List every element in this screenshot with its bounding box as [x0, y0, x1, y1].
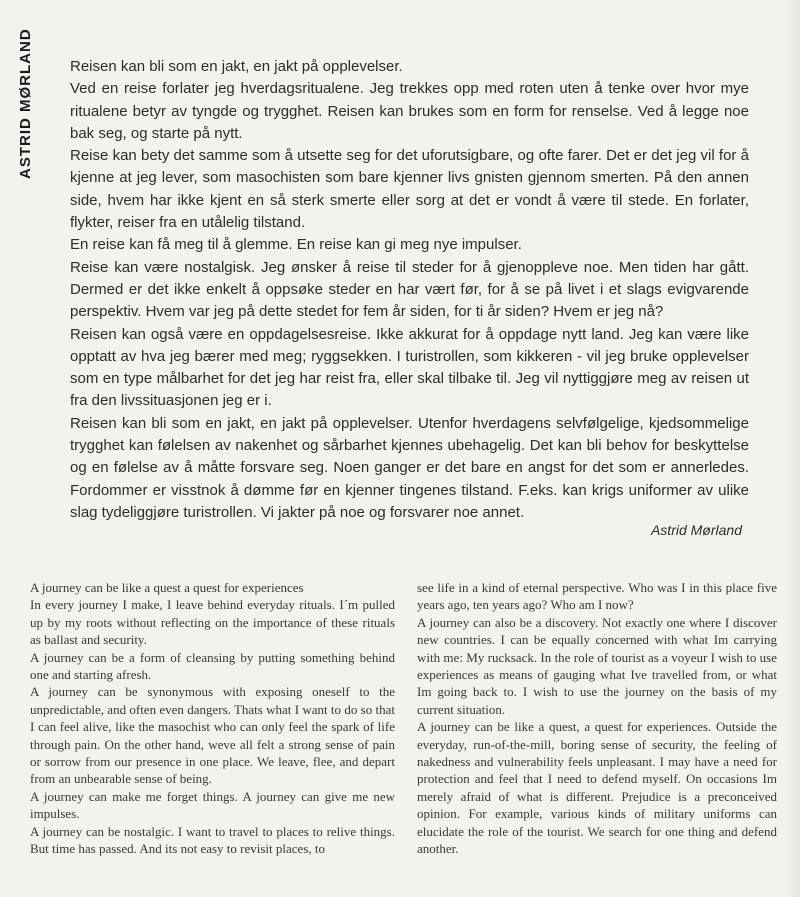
- english-paragraph: A journey can also be a discovery. Not e…: [417, 614, 777, 718]
- norwegian-paragraph: Reisen kan også være en oppdagelsesreise…: [70, 324, 749, 413]
- norwegian-paragraph: Reisen kan bli som en jakt, en jakt på o…: [70, 56, 749, 78]
- author-name-vertical: ASTRID MØRLAND: [17, 28, 34, 179]
- english-paragraph: A journey can be like a quest, a quest f…: [417, 718, 777, 857]
- english-translation-left-column: A journey can be like a quest a quest fo…: [30, 579, 395, 858]
- author-signature: Astrid Mørland: [651, 522, 742, 538]
- norwegian-paragraph: Reise kan være nostalgisk. Jeg ønsker å …: [70, 257, 749, 324]
- english-paragraph: A journey can be like a quest a quest fo…: [30, 579, 395, 596]
- norwegian-paragraph: En reise kan få meg til å glemme. En rei…: [70, 234, 749, 256]
- scanned-page-right-edge: [786, 0, 800, 897]
- english-paragraph: A journey can be nostalgic. I want to tr…: [30, 823, 395, 858]
- english-paragraph: In every journey I make, I leave behind …: [30, 596, 395, 648]
- norwegian-paragraph: Ved en reise forlater jeg hverdagsritual…: [70, 78, 749, 145]
- english-paragraph: A journey can be a form of cleansing by …: [30, 649, 395, 684]
- english-translation-right-column: see life in a kind of eternal perspectiv…: [417, 579, 777, 858]
- english-paragraph: A journey can make me forget things. A j…: [30, 788, 395, 823]
- norwegian-paragraph: Reise kan bety det samme som å utsette s…: [70, 145, 749, 234]
- english-paragraph: see life in a kind of eternal perspectiv…: [417, 579, 777, 614]
- norwegian-text-block: Reisen kan bli som en jakt, en jakt på o…: [70, 56, 749, 524]
- norwegian-paragraph: Reisen kan bli som en jakt, en jakt på o…: [70, 413, 749, 524]
- english-paragraph: A journey can be synonymous with exposin…: [30, 683, 395, 787]
